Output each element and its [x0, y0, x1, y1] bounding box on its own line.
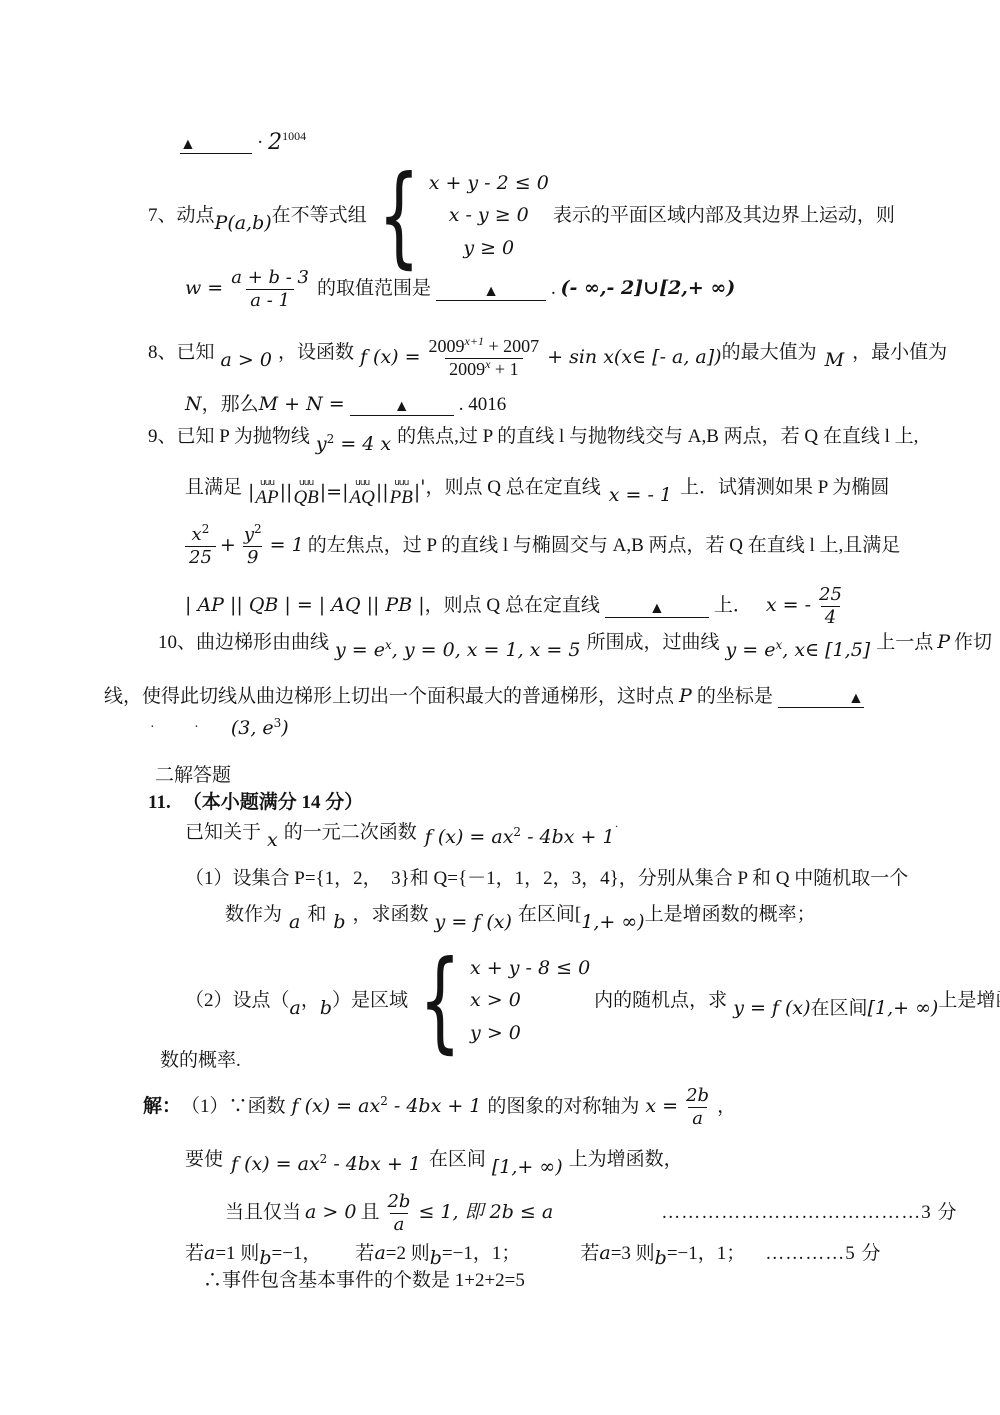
problem-7-line-2: w = a + b - 3 a - 1 的取值范围是 ▲ . (- ∞,- 2]… — [185, 262, 735, 316]
fraction-den-exp: x — [485, 357, 490, 371]
problem-9-text-8: 上． — [714, 593, 752, 619]
problem-8-text-3: 的最大值为 — [722, 340, 817, 366]
q2-text-2: ）是区域 — [332, 988, 408, 1014]
problem-7-text-1: 动点 — [177, 203, 215, 229]
triangle-answer-mark: ▲ — [649, 600, 665, 617]
sol1-text-2: 的图象的对称轴为 — [487, 1094, 639, 1120]
problem-11-q2-tail: 数的概率. — [160, 1048, 241, 1074]
solution-line-1: 解： （1）∵函数 f (x) = ax2 - 4bx + 1 的图象的对称轴为… — [143, 1078, 736, 1136]
score-dots-3: …………………………………3 分 — [661, 1200, 957, 1226]
equals-one: = 1 — [270, 533, 304, 559]
sol3-conclusion: ≤ 1, 即 2b ≤ a — [418, 1200, 553, 1226]
equals-bar: |=| — [320, 480, 349, 506]
q2-interval: [1,+ ∞) — [868, 996, 939, 1022]
document-page: { "glyphs": {"triangle":"▲","vec_mark":"… — [0, 0, 1000, 1415]
q2-function: y = f (x) — [733, 996, 810, 1022]
sol1-comma: ， — [717, 1094, 736, 1120]
problem-8-number: 8、 — [148, 340, 177, 366]
axis-fraction: 2b a — [682, 1085, 713, 1129]
answer-fraction: 25 4 — [815, 584, 846, 628]
intro-text-2: 的一元二次函数 — [284, 820, 417, 846]
problem-8-text-4: ，最小值为 — [852, 340, 947, 366]
fraction-den-rest: + 1 — [490, 359, 518, 379]
vector-AQ: uuuAQ — [350, 479, 375, 507]
problem-9-text-7: ，则点 Q 总在定直线 — [425, 593, 600, 619]
fraction-num-rest: + 2007 — [484, 336, 539, 356]
problem-9-text-2: 的焦点,过 P 的直线 l 与抛物线交与 A,B 两点，若 Q 在直线 l 上, — [397, 424, 918, 450]
problem-10-text-3: 上一点 — [876, 630, 933, 656]
max-value-M: M — [825, 348, 844, 374]
vector-AP: uuuAP — [255, 479, 278, 507]
case-result: =−1， — [271, 1241, 321, 1267]
inequality-system: { x + y - 2 ≤ 0 x - y ≥ 0 y ≥ 0 — [371, 171, 549, 262]
problem-10-number: 10、 — [158, 630, 196, 656]
fixed-line-x: x = - 1 — [609, 483, 672, 509]
problem-10-line-1: 10、 曲边梯形由曲线 y = ex, y = 0, x = 1, x = 5 … — [158, 630, 992, 656]
problem-8-text-5: ，那么 — [202, 392, 259, 418]
fraction-den-base: 2009 — [449, 359, 485, 379]
answer-value-base: 2 — [268, 128, 282, 158]
inequality-1: x + y - 2 ≤ 0 — [429, 171, 549, 197]
sol3-fraction: 2b a — [383, 1191, 414, 1235]
problem-7-text-4: 的取值范围是 — [317, 276, 431, 302]
curve-domain: y = ex, x∈ [1,5] — [725, 638, 870, 664]
variable-a: a — [290, 996, 301, 1022]
var-b: b — [655, 1246, 667, 1272]
point-P: P — [937, 630, 950, 656]
problem-7-text-2: 在不等式组 — [272, 203, 367, 229]
bar: | — [248, 480, 254, 506]
function-fx: f (x) = — [360, 345, 421, 371]
function-tail: + sin x(x∈ [- a, a]) — [547, 345, 721, 371]
problem-10-text-1: 曲边梯形由曲线 — [196, 630, 329, 656]
problem-8-text-1: 已知 — [177, 340, 215, 366]
ellipse-x-term: x2 25 — [185, 524, 216, 568]
interval: 1,+ ∞) — [581, 910, 644, 936]
problem-7-point: P(a,b) — [215, 211, 272, 237]
w-equals: w = — [185, 276, 223, 302]
y-equals-fx: y = f (x) — [435, 910, 512, 936]
problem-8-line-2: N ，那么 M + N = ▲ . 4016 — [185, 392, 506, 418]
problem-9-text-3: 且满足 — [185, 475, 242, 501]
problem-9-line-3: x2 25 + y2 9 = 1 的左焦点，过 P 的直线 l 与椭圆交与 A,… — [185, 518, 900, 574]
curve-equations: y = ex, y = 0, x = 1, x = 5 — [335, 638, 580, 664]
solution-line-3: 当且仅当 a > 0 且 2b a ≤ 1, 即 2b ≤ a ……………………… — [225, 1185, 957, 1241]
problem-9-text-1: 已知 P 为抛物线 — [177, 424, 310, 450]
q1-text: （1）设集合 P={1，2， 3}和 Q={－1，1，2，3，4}，分别从集合 … — [185, 866, 908, 892]
sol3-and: 且 — [360, 1200, 379, 1226]
problem-11-title: （本小题满分 14 分） — [183, 790, 364, 816]
problem-11-intro: 已知关于 x 的一元二次函数 f (x) = ax2 - 4bx + 1 · — [185, 820, 619, 846]
double-bar: || — [280, 480, 293, 506]
problem-9-text-5: 上．试猜测如果 P 为椭圆 — [680, 475, 889, 501]
problem-8-line-1: 8、 已知 a > 0 ，设函数 f (x) = 2009x+1 + 2007 … — [148, 322, 947, 384]
problem-9-line-4: | AP || QB | = | AQ || PB | ，则点 Q 总在定直线 … — [185, 580, 850, 632]
q2-tail-text: 数的概率. — [160, 1048, 241, 1074]
axis-x-equals: x = — [645, 1094, 678, 1120]
answer-x-equals: x = - — [766, 593, 811, 619]
problem-11-q1-line-1: （1）设集合 P={1，2， 3}和 Q={－1，1，2，3，4}，分别从集合 … — [185, 866, 908, 892]
q2-text-4: 上是增函 — [938, 988, 1000, 1014]
problem-10-text-4: 作切 — [954, 630, 992, 656]
sol2-text-2: 在区间 — [429, 1147, 486, 1173]
region-system: { x + y - 8 ≤ 0 x > 0 y > 0 — [412, 956, 590, 1047]
answer-dot: · — [257, 130, 263, 156]
variable-a: a — [289, 910, 300, 936]
small-dots: · · — [150, 719, 217, 738]
problem-11-heading: 11. （本小题满分 14 分） — [148, 790, 363, 816]
section-title: 二解答题 — [155, 763, 231, 789]
variable-x: x — [267, 828, 278, 854]
problem-8-answer: . 4016 — [459, 392, 507, 418]
q1-and: 和 — [307, 902, 326, 928]
section-2-heading: 二解答题 — [155, 763, 231, 789]
answer-blank: ▲ — [350, 393, 454, 416]
answer-coordinates: (3, e3) — [231, 716, 289, 742]
problem-8-text-2: ，设函数 — [278, 340, 354, 366]
solution-line-4: 若 a=1 则 b=−1， 若 a=2 则 b=−1，1； 若 a=3 则 b=… — [185, 1241, 882, 1267]
problem-9-number: 9、 — [148, 424, 177, 450]
triangle-answer-mark: ▲ — [394, 398, 410, 415]
q1-text-5: 上是增函数的概率； — [645, 902, 816, 928]
variable-b: b — [333, 910, 345, 936]
case-text: =2 则 — [386, 1241, 430, 1267]
problem-11-q2: （2）设点（ a ， b ）是区域 { x + y - 8 ≤ 0 x > 0 … — [185, 948, 1000, 1054]
sol2-function: f (x) = ax2 - 4bx + 1 — [231, 1152, 421, 1178]
trailing-dot: · — [615, 818, 619, 834]
problem-7-text-3: 表示的平面区域内部及其边界上运动，则 — [553, 203, 895, 229]
point-P: P — [679, 684, 692, 710]
problem-11-q1-line-2: 数作为 a 和 b ，求函数 y = f (x) 在区间[1,+ ∞) 上是增函… — [225, 893, 816, 937]
problem-7-dot: . — [551, 276, 556, 302]
solution-label: 解： — [143, 1094, 181, 1120]
answer-blank: ▲ — [778, 685, 864, 708]
var-a: a — [374, 1241, 385, 1267]
solution-line-2: 要使 f (x) = ax2 - 4bx + 1 在区间 [1,+ ∞) 上为增… — [185, 1140, 683, 1180]
problem-9-line-1: 9、 已知 P 为抛物线 y2 = 4 x 的焦点,过 P 的直线 l 与抛物线… — [148, 424, 918, 450]
problem-9-line-2: 且满足 | uuuAP || uuuQB |=| uuuAQ || uuuPB … — [185, 468, 889, 508]
problem-10-text-2: 所围成，过曲线 — [586, 630, 719, 656]
problem-10-line-2: 线，使得此切线从曲边梯形上切出一个面积最大的普通梯形，这时点 P 的坐标是 ▲ — [104, 684, 869, 710]
vector-QB: uuuQB — [293, 479, 318, 507]
q2-comma: ， — [301, 988, 320, 1014]
q1-text-4: 在区间[ — [518, 902, 581, 928]
problem-9-text-6: 的左焦点，过 P 的直线 l 与椭圆交与 A,B 两点，若 Q 在直线 l 上,… — [308, 533, 901, 559]
region-inequality-2: x > 0 — [470, 988, 521, 1014]
variable-b: b — [320, 996, 332, 1022]
problem-7-answer: (- ∞,- 2]∪[2,+ ∞) — [561, 276, 736, 302]
region-inequality-1: x + y - 8 ≤ 0 — [470, 956, 590, 982]
fraction-num-base: 2009 — [429, 336, 465, 356]
case-text: =1 则 — [215, 1241, 259, 1267]
var-a: a — [204, 1241, 215, 1267]
plus-sign: + — [220, 533, 236, 559]
brace-icon: { — [419, 946, 461, 1056]
case-text: 若 — [355, 1241, 374, 1267]
w-fraction: a + b - 3 a - 1 — [227, 267, 313, 311]
answer-value-exponent: 1004 — [282, 128, 306, 144]
q1-text-2: 数作为 — [225, 902, 282, 928]
answer-blank-row: ▲ · 21004 — [175, 128, 306, 158]
problem-11-number: 11. — [148, 790, 171, 816]
score-dots-5: …………5 分 — [765, 1241, 881, 1267]
quadratic-function: f (x) = ax2 - 4bx + 1 — [425, 825, 615, 851]
problem-7-number: 7、 — [148, 203, 177, 229]
intro-text-1: 已知关于 — [185, 820, 261, 846]
vector-expression-plain: | AP || QB | = | AQ || PB | — [185, 593, 425, 619]
triangle-answer-mark: ▲ — [180, 136, 196, 153]
sol2-interval: [1,+ ∞) — [492, 1155, 563, 1181]
double-bar: || — [376, 480, 389, 506]
answer-blank: ▲ — [436, 278, 546, 301]
case-text: 若 — [185, 1241, 204, 1267]
region-inequality-3: y > 0 — [470, 1021, 521, 1047]
parabola-equation: y2 = 4 x — [316, 432, 391, 458]
w-fraction-denominator: a - 1 — [246, 289, 294, 312]
M-plus-N: M + N = — [259, 392, 345, 418]
vector-PB: uuuPB — [390, 479, 413, 507]
sol1-text-1: （1）∵函数 — [181, 1094, 286, 1120]
inequality-3: y ≥ 0 — [463, 236, 514, 262]
sol2-text-3: 上为增函数， — [569, 1147, 683, 1173]
problem-9-text-4: ，则点 Q 总在定直线 — [426, 475, 601, 501]
sol3-text-1: 当且仅当 — [225, 1200, 301, 1226]
sol1-function: f (x) = ax2 - 4bx + 1 — [292, 1094, 482, 1120]
triangle-answer-mark: ▲ — [848, 690, 864, 707]
function-fraction: 2009x+1 + 2007 2009x + 1 — [425, 336, 544, 380]
condition-a-positive: a > 0 — [221, 348, 272, 374]
triangle-answer-mark: ▲ — [483, 283, 499, 300]
brace-icon: { — [378, 161, 420, 271]
min-value-N: N — [185, 392, 202, 418]
problem-10-line-3: · · (3, e3) — [150, 716, 289, 742]
case-text: 若 — [580, 1241, 599, 1267]
fraction-num-exp: x+1 — [465, 334, 484, 348]
q2-interval-label: 在区间 — [811, 996, 868, 1022]
q2-text-1: （2）设点（ — [185, 988, 290, 1014]
case-result: =−1，1； — [667, 1241, 745, 1267]
q2-text-3: 内的随机点，求 — [594, 988, 727, 1014]
case-text: =3 则 — [611, 1241, 655, 1267]
problem-10-text-6: 的坐标是 — [697, 684, 773, 710]
sol3-a-positive: a > 0 — [305, 1200, 356, 1226]
problem-7-line-1: 7、 动点 P(a,b) 在不等式组 { x + y - 2 ≤ 0 x - y… — [148, 160, 895, 272]
conclusion-text: ∴事件包含基本事件的个数是 1+2+2=5 — [203, 1268, 525, 1294]
inequality-2: x - y ≥ 0 — [449, 203, 529, 229]
answer-blank: ▲ — [605, 595, 709, 618]
q1-text-3: ，求函数 — [353, 902, 429, 928]
w-fraction-numerator: a + b - 3 — [227, 267, 313, 289]
solution-line-5: ∴事件包含基本事件的个数是 1+2+2=5 — [203, 1268, 525, 1294]
var-a: a — [599, 1241, 610, 1267]
answer-blank: ▲ — [180, 131, 252, 154]
problem-10-text-5: 线，使得此切线从曲边梯形上切出一个面积最大的普通梯形，这时点 — [104, 684, 674, 710]
ellipse-y-term: y2 9 — [240, 524, 266, 568]
bar: | — [414, 480, 420, 506]
case-result: =−1，1； — [442, 1241, 520, 1267]
sol2-text-1: 要使 — [185, 1147, 223, 1173]
